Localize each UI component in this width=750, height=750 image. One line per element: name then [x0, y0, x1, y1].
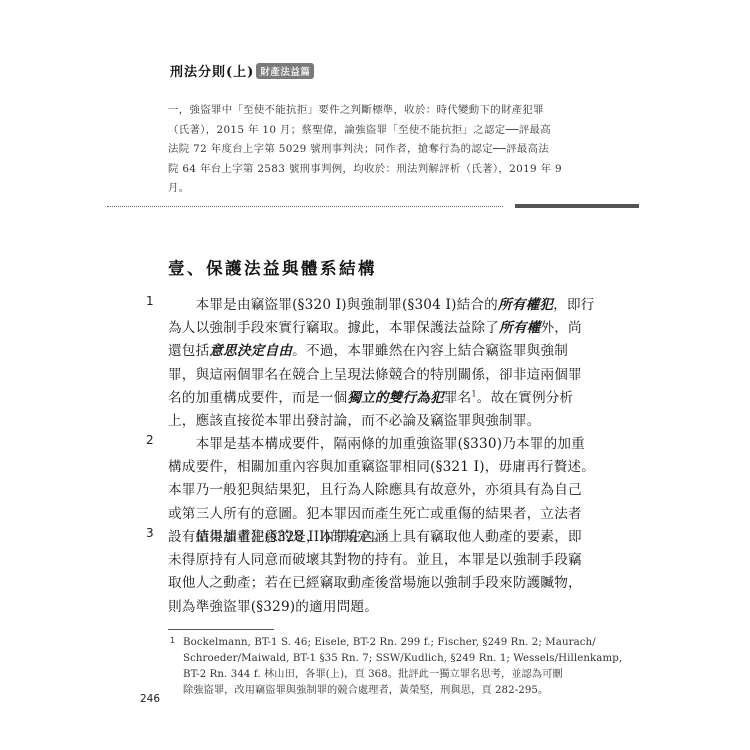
note-line: 法院 72 年度台上字第 5029 號刑事判決；同作者，搶奪行為的認定──評最高…: [168, 140, 598, 160]
emphasis: 所有權: [499, 320, 540, 336]
emphasis: 所有權犯: [498, 297, 553, 313]
text-line: 或第三人所有的意圖。犯本罪因而產生死亡或重傷的結果者，立法者: [168, 503, 611, 526]
footnote-line: Schroeder/Maiwald, BT-1 §35 Rn. 7; SSW/K…: [183, 651, 608, 667]
continued-footnote: 一，強盜罪中「至使不能抗拒」要件之判斷標準，收於：時代變動下的財產犯罪 （氏著）…: [168, 101, 598, 199]
margin-number: 2: [146, 433, 154, 447]
text-line: 還包括意思決定自由。不過，本罪雖然在內容上結合竊盜罪與強制: [168, 340, 611, 363]
paragraph-1: 1 本罪是由竊盜罪(§320 I)與強制罪(§304 I)結合的所有權犯，即行 …: [168, 294, 611, 433]
text-line: 值得讀者注意的是，本罪在內涵上具有竊取他人動產的要素，即: [168, 526, 611, 549]
part-badge: 財產法益篇: [256, 63, 314, 79]
note-line: 月。: [168, 179, 598, 199]
text-line: 取他人之動產；若在已經竊取動產後當場施以強制手段來防護贓物，: [168, 572, 611, 595]
book-title: 刑法分則(上): [170, 61, 254, 80]
text-line: 上，應該直接從本罪出發討論，而不必論及竊盜罪與強制罪。: [168, 410, 611, 433]
text-line: 本罪乃一般犯與結果犯，且行為人除應具有故意外，亦須具有為自己: [168, 479, 611, 502]
footnote-line: 除強盜罪，改用竊盜罪與強制罪的競合處理者，黃榮堅，刑與思，頁 282-295。: [183, 683, 608, 699]
footnote-line: BT-2 Rn. 344 f. 林山田，各罪(上)，頁 368。批評此一獨立罪名…: [183, 667, 608, 683]
footnote-number: 1: [170, 633, 175, 649]
note-line: 院 64 年台上字第 2583 號刑事判例，均收於：刑法判解評析（氏著），201…: [168, 160, 598, 180]
paragraph-3: 3 值得讀者注意的是，本罪在內涵上具有竊取他人動產的要素，即 未得原持有人同意而…: [168, 526, 611, 619]
text-line: 構成要件，相關加重內容與加重竊盜罪相同(§321 I)，毋庸再行贅述。: [168, 456, 611, 479]
margin-number: 1: [146, 294, 154, 308]
book-page: 刑法分則(上) 財產法益篇 一，強盜罪中「至使不能抗拒」要件之判斷標準，收於：時…: [0, 0, 750, 750]
section-divider: [107, 204, 632, 210]
text-line: 未得原持有人同意而破壞其對物的持有。並且，本罪是以強制手段竊: [168, 549, 611, 572]
footnote-separator: [168, 629, 274, 630]
text-line: 本罪是由竊盜罪(§320 I)與強制罪(§304 I)結合的所有權犯，即行: [168, 294, 611, 317]
text-line: 名的加重構成要件，而是一個獨立的雙行為犯罪名1。故在實例分析: [168, 387, 611, 410]
emphasis: 獨立的雙行為犯: [347, 390, 444, 406]
note-line: 一，強盜罪中「至使不能抗拒」要件之判斷標準，收於：時代變動下的財產犯罪: [168, 101, 598, 121]
text-line: 本罪是基本構成要件，隔兩條的加重強盜罪(§330)乃本罪的加重: [168, 433, 611, 456]
note-line: （氏著），2015 年 10 月；蔡聖偉，論強盜罪「至使不能抗拒」之認定──評最…: [168, 121, 598, 141]
footnote-1: 1 Bockelmann, BT-1 S. 46; Eisele, BT-2 R…: [183, 635, 608, 699]
emphasis: 意思決定自由: [209, 343, 292, 359]
text-line: 則為準強盜罪(§329)的適用問題。: [168, 596, 611, 619]
margin-number: 3: [146, 526, 154, 540]
section-title: 壹、保護法益與體系結構: [168, 255, 377, 279]
text-line: 為人以強制手段來實行竊取。據此，本罪保護法益除了所有權外，尚: [168, 317, 611, 340]
page-number: 246: [140, 693, 160, 705]
dotted-rule: [107, 206, 503, 208]
solid-rule: [515, 204, 639, 208]
footnote-line: Bockelmann, BT-1 S. 46; Eisele, BT-2 Rn.…: [183, 635, 608, 651]
running-head: 刑法分則(上) 財產法益篇: [170, 61, 314, 80]
text-line: 罪，與這兩個罪名在競合上呈現法條競合的特別關係，卻非這兩個罪: [168, 364, 611, 387]
